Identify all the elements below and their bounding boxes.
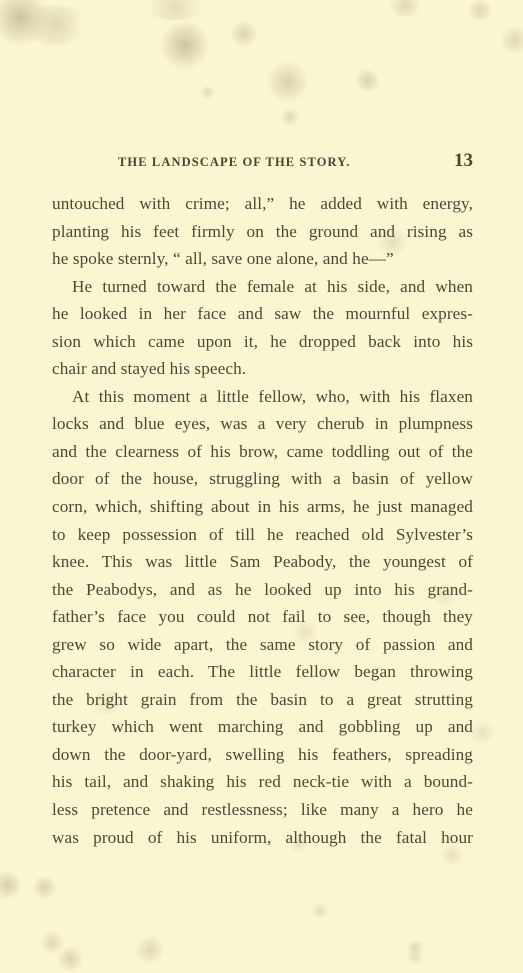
text-line: corn, which, shifting about in his arms,… xyxy=(52,493,473,521)
page-number: 13 xyxy=(454,150,473,172)
text-line: At this moment a little fellow, who, wit… xyxy=(52,383,473,411)
text-line: to keep possession of till he reached ol… xyxy=(52,521,473,549)
text-line: sion which came upon it, he dropped back… xyxy=(52,328,473,356)
text-line: down the door-yard, swelling his feather… xyxy=(52,741,473,769)
text-line: he looked in her face and saw the mournf… xyxy=(52,300,473,328)
text-line: his tail, and shaking his red neck-tie w… xyxy=(52,768,473,796)
text-line: character in each. The little fellow beg… xyxy=(52,658,473,686)
text-line: untouched with crime; all,” he added wit… xyxy=(52,190,473,218)
running-title: THE LANDSCAPE OF THE STORY. xyxy=(118,155,350,170)
text-line: and the clearness of his brow, came todd… xyxy=(52,438,473,466)
text-line: door of the house, struggling with a bas… xyxy=(52,465,473,493)
text-line: grew so wide apart, the same story of pa… xyxy=(52,631,473,659)
text-line: less pretence and restlessness; like man… xyxy=(52,796,473,824)
body-text: untouched with crime; all,” he added wit… xyxy=(52,190,473,851)
text-line: He turned toward the female at his side,… xyxy=(52,273,473,301)
text-line: was proud of his uniform, although the f… xyxy=(52,824,473,852)
text-line: planting his feet firmly on the ground a… xyxy=(52,218,473,246)
text-line: he spoke sternly, “ all, save one alone,… xyxy=(52,245,473,273)
text-line: chair and stayed his speech. xyxy=(52,355,473,383)
running-header: THE LANDSCAPE OF THE STORY. 13 xyxy=(118,150,473,172)
text-line: father’s face you could not fail to see,… xyxy=(52,603,473,631)
text-line: knee. This was little Sam Peabody, the y… xyxy=(52,548,473,576)
text-line: the Peabodys, and as he looked up into h… xyxy=(52,576,473,604)
text-line: turkey which went marching and gobbling … xyxy=(52,713,473,741)
text-line: locks and blue eyes, was a very cherub i… xyxy=(52,410,473,438)
text-line: the bright grain from the basin to a gre… xyxy=(52,686,473,714)
